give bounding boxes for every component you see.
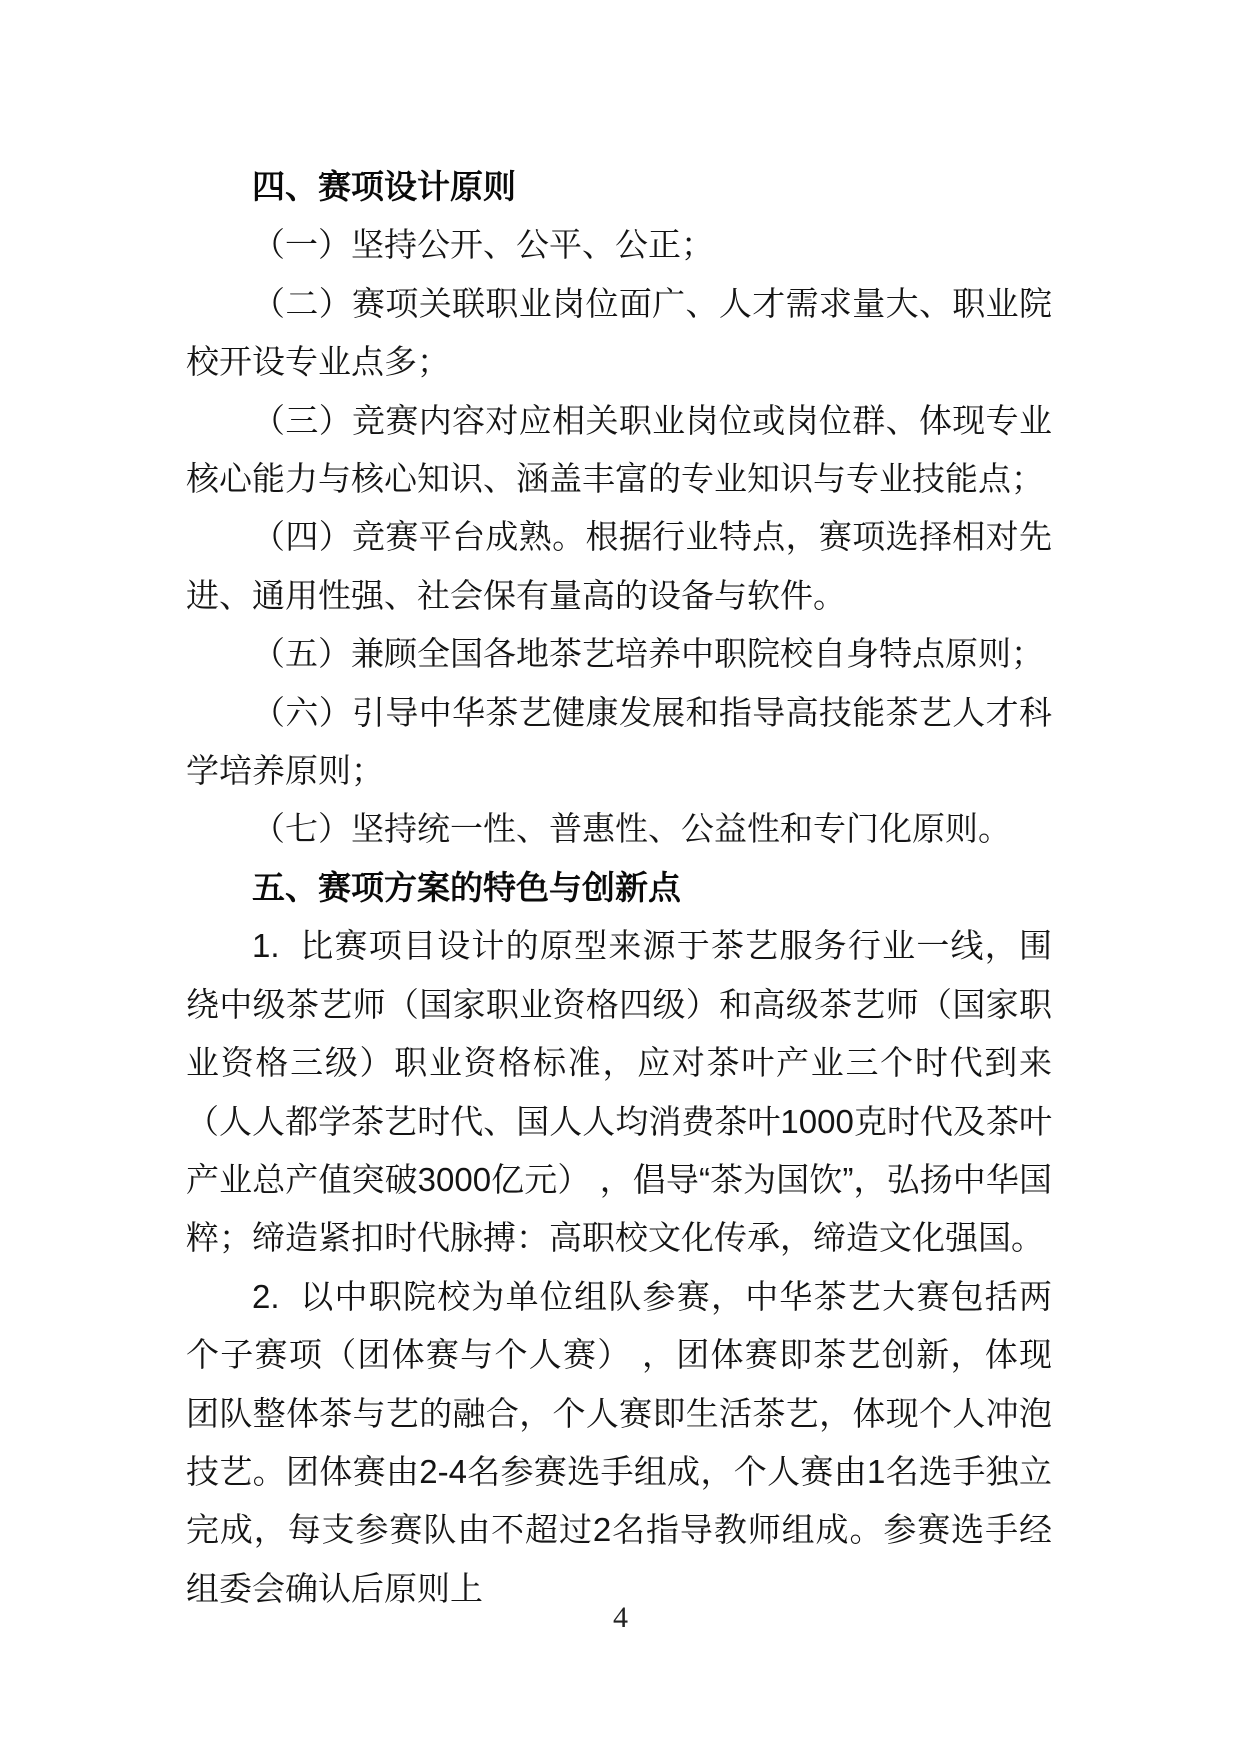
body-paragraph: 2. 以中职院校为单位组队参赛，中华茶艺大赛包括两个子赛项（团体赛与个人赛） ，…: [186, 1268, 1052, 1618]
body-paragraph: （二）赛项关联职业岗位面广、人才需求量大、职业院校开设专业点多；: [186, 275, 1052, 392]
body-paragraph: （五）兼顾全国各地茶艺培养中职院校自身特点原则；: [186, 625, 1052, 683]
document-page: 四、赛项设计原则（一）坚持公开、公平、公正；（二）赛项关联职业岗位面广、人才需求…: [0, 0, 1241, 1754]
page-number: 4: [0, 1598, 1241, 1638]
body-paragraph: （一）坚持公开、公平、公正；: [186, 216, 1052, 274]
body-paragraph: （六）引导中华茶艺健康发展和指导高技能茶艺人才科学培养原则；: [186, 684, 1052, 801]
body-paragraph: （七）坚持统一性、普惠性、公益性和专门化原则。: [186, 800, 1052, 858]
body-paragraph: （四）竞赛平台成熟。根据行业特点，赛项选择相对先进、通用性强、社会保有量高的设备…: [186, 508, 1052, 625]
section-heading: 四、赛项设计原则: [186, 158, 1052, 216]
body-paragraph: （三）竞赛内容对应相关职业岗位或岗位群、体现专业核心能力与核心知识、涵盖丰富的专…: [186, 392, 1052, 509]
document-body: 四、赛项设计原则（一）坚持公开、公平、公正；（二）赛项关联职业岗位面广、人才需求…: [186, 158, 1052, 1618]
body-paragraph: 1. 比赛项目设计的原型来源于茶艺服务行业一线，围绕中级茶艺师（国家职业资格四级…: [186, 917, 1052, 1267]
section-heading: 五、赛项方案的特色与创新点: [186, 859, 1052, 917]
